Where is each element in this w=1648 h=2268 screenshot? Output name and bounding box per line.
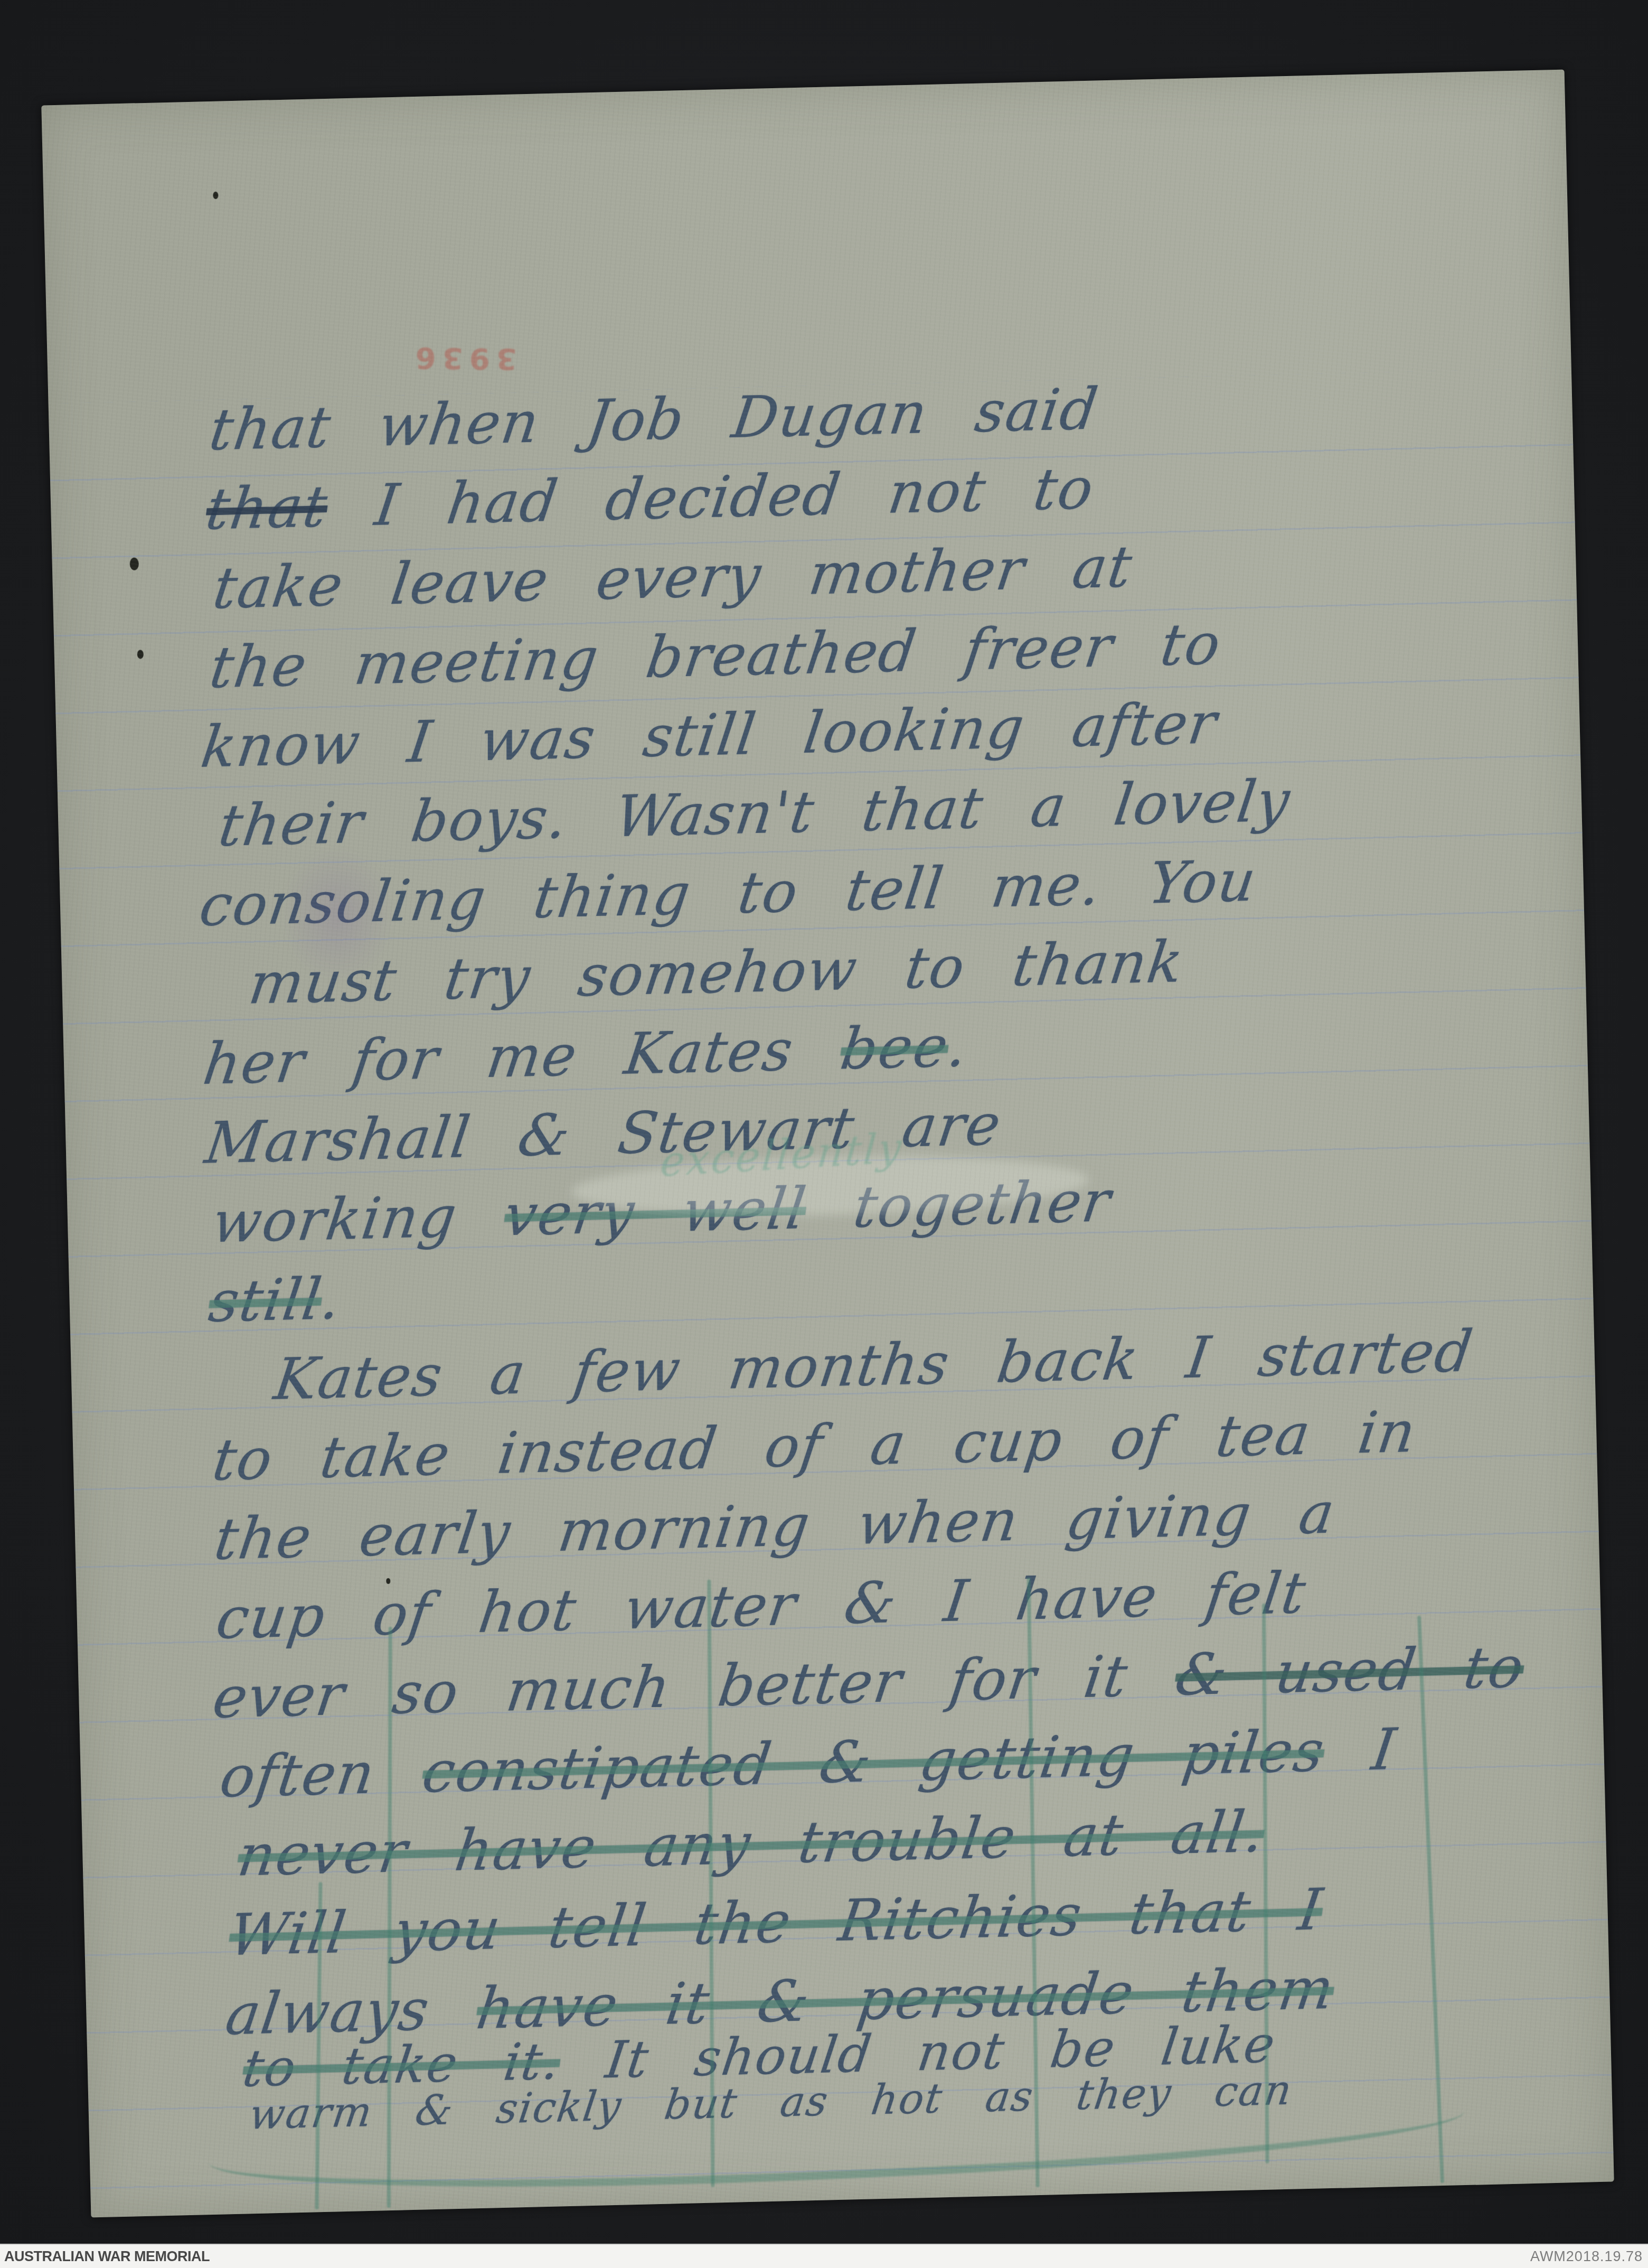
accession-number-label: AWM2018.19.78 (1530, 2248, 1643, 2265)
handwriting-line: her for me Kates bee. (200, 1018, 972, 1093)
text-segment: Kates a few months back I started (270, 1318, 1477, 1413)
paper-speck (130, 557, 139, 570)
text-segment: often (216, 1739, 428, 1810)
handwriting-line: Kates a few months back I started (271, 1323, 1476, 1409)
handwriting-line: ever so much better for it & used to (210, 1639, 1528, 1727)
archive-name-label: AUSTRALIAN WAR MEMORIAL (4, 2248, 210, 2265)
letter-page: that when Job Dugan saidthat I had decid… (41, 70, 1614, 2218)
handwriting-layer: that when Job Dugan saidthat I had decid… (41, 70, 1564, 106)
text-segment: her for me Kates (200, 1016, 846, 1098)
handwriting-line: that when Job Dugan said (206, 381, 1102, 459)
handwriting-line: that I had decided not to (203, 460, 1097, 538)
archive-footer: AUSTRALIAN WAR MEMORIAL AWM2018.19.78 (0, 2244, 1648, 2268)
handwriting-line: still. (205, 1270, 344, 1330)
handwriting-line: often constipated & getting piles I (217, 1721, 1400, 1806)
text-segment: working (209, 1183, 510, 1255)
struck-text-segment: & used to (1171, 1634, 1528, 1709)
text-segment: the early morning when giving a (211, 1480, 1339, 1572)
text-segment: I (1320, 1716, 1400, 1784)
handwriting-line: take leave every mother at (210, 539, 1136, 617)
handwriting-line: the early morning when giving a (211, 1485, 1339, 1568)
text-segment: ever so much better for it (209, 1642, 1180, 1731)
annotations-layer: excellently (41, 70, 1564, 106)
struck-text-segment: still (205, 1266, 326, 1335)
text-segment: the meeting breathed freer to (206, 611, 1225, 701)
text-segment: cup of hot water & I have felt (213, 1560, 1311, 1652)
handwriting-line: cup of hot water & I have felt (213, 1564, 1310, 1647)
text-segment: know I was still looking after (197, 690, 1221, 781)
struck-text-segment: that (202, 473, 332, 542)
struck-text-segment: bee (837, 1014, 953, 1082)
handwriting-line: to take instead of a cup of tea in (210, 1403, 1420, 1489)
text-segment: to take instead of a cup of tea in (209, 1399, 1420, 1493)
text-segment: that when Job Dugan said (206, 376, 1103, 463)
text-segment: I had decided not to (323, 455, 1098, 540)
paper-speck (213, 192, 218, 199)
handwriting-line: know I was still looking after (198, 695, 1221, 776)
handwriting-line: their boys. Wasn't that a lovely (215, 773, 1294, 855)
red-number-stamp: 3936 (409, 341, 517, 376)
text-segment: take leave every mother at (210, 534, 1137, 622)
scan-background: that when Job Dugan saidthat I had decid… (0, 0, 1648, 2268)
struck-text-segment: constipated & getting piles (419, 1718, 1329, 1806)
handwriting-line: the meeting breathed freer to (206, 616, 1225, 697)
purple-ink-smudge (278, 845, 398, 985)
paper-speck (137, 650, 144, 659)
